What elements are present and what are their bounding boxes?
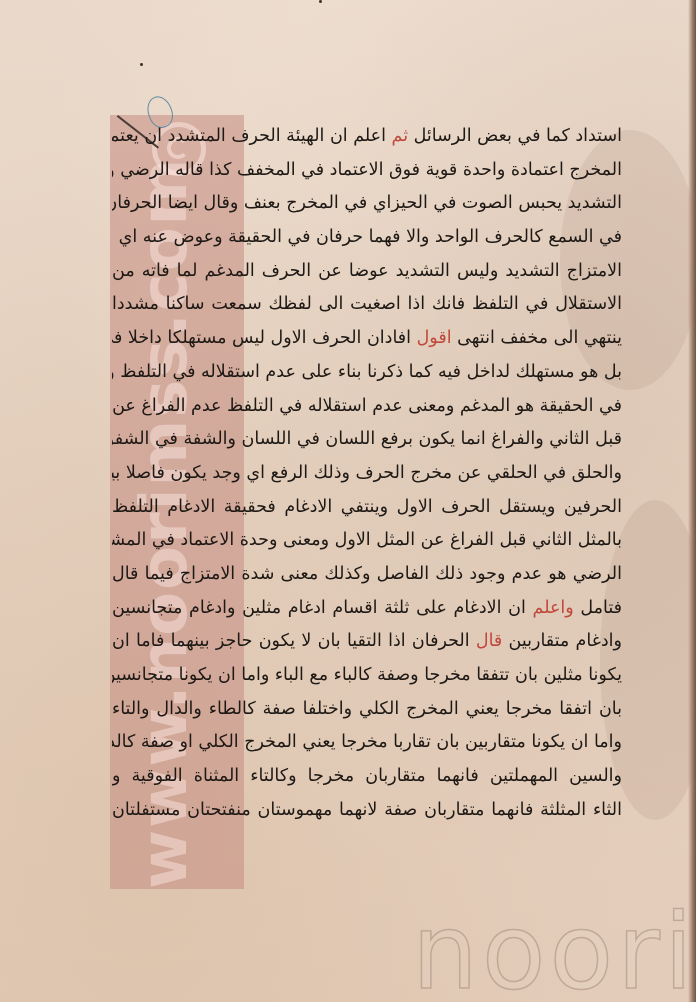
text-span: وادغام متقاربين xyxy=(502,631,622,651)
rubric-word: قال xyxy=(476,631,502,651)
text-line: الرضي هو عدم وجود ذلك الفاصل وكذلك معنى … xyxy=(112,558,622,592)
manuscript-text: استداد كما في بعض الرسائل ثم اعلم ان اله… xyxy=(112,120,622,827)
text-line: بل هو مستهلك لداخل فيه كما ذكرنا بناء عل… xyxy=(112,356,622,390)
text-line: واما ان يكونا متقاربين بان تقاربا مخرجا … xyxy=(112,726,622,760)
text-line: في الحقيقة هو المدغم ومعنى عدم استقلاله … xyxy=(112,390,622,424)
text-span: واما ان يكونا متقاربين بان تقاربا مخرجا … xyxy=(112,732,622,752)
text-span: اعلم ان الهيئة الحرف المتشدد ان يعتمد به… xyxy=(112,126,392,146)
text-span: التشديد يحبس الصوت في الحيزاي في المخرج … xyxy=(112,193,622,213)
watermark-bottom-text: noorim xyxy=(412,902,696,1002)
text-span: الحرفان اذا التقيا بان لا يكون حاجز بينه… xyxy=(112,631,476,651)
text-span: الاستقلال في التلفظ فانك اذا اصغيت الى ل… xyxy=(112,294,622,314)
text-line: الاستقلال في التلفظ فانك اذا اصغيت الى ل… xyxy=(112,288,622,322)
text-span: والحلق في الحلقي عن مخرج الحرف وذلك الرف… xyxy=(112,463,622,483)
page-edge xyxy=(688,0,696,1002)
rubric-word: اقول xyxy=(417,328,452,348)
text-span: قبل الثاني والفراغ انما يكون برفع اللسان… xyxy=(112,429,622,449)
text-span: ان الادغام على ثلثة اقسام ادغام مثلين وا… xyxy=(112,598,533,618)
text-span: الحرفين ويستقل الحرف الاول وينتفي الادغا… xyxy=(112,497,622,517)
text-span: افادان الحرف الاول ليس مستهلكا داخلا في … xyxy=(112,328,417,348)
text-line: في السمع كالحرف الواحد والا فهما حرفان ف… xyxy=(112,221,622,255)
text-line: الحرفين ويستقل الحرف الاول وينتفي الادغا… xyxy=(112,491,622,525)
text-span: بالمثل الثاني قبل الفراغ عن المثل الاول … xyxy=(112,530,622,550)
text-line: الثاء المثلثة فانهما متقاربان صفة لانهما… xyxy=(112,794,622,828)
text-span: يكونا مثلين بان تتفقا مخرجا وصفة كالباء … xyxy=(112,665,622,685)
text-span: ينتهي الى مخفف انتهى xyxy=(452,328,622,348)
text-line: بالمثل الثاني قبل الفراغ عن المثل الاول … xyxy=(112,524,622,558)
text-line: المخرج اعتمادة واحدة قوية فوق الاعتماد ف… xyxy=(112,154,622,188)
rubric-word: واعلم xyxy=(533,598,574,618)
ink-dot xyxy=(140,63,143,66)
text-span: فتامل xyxy=(574,598,622,618)
ink-dot xyxy=(319,0,322,3)
text-line: يكونا مثلين بان تتفقا مخرجا وصفة كالباء … xyxy=(112,659,622,693)
text-line: وادغام متقاربين قال الحرفان اذا التقيا ب… xyxy=(112,625,622,659)
manuscript-page: www.noorimss.com استداد كما في بعض الرسا… xyxy=(0,0,696,1002)
text-line: ينتهي الى مخفف انتهى اقول افادان الحرف ا… xyxy=(112,322,622,356)
text-span: الامتزاج التشديد وليس التشديد عوضا عن ال… xyxy=(112,261,622,281)
text-line: بان اتفقا مخرجا يعني المخرج الكلي واختلف… xyxy=(112,693,622,727)
text-line: التشديد يحبس الصوت في الحيزاي في المخرج … xyxy=(112,187,622,221)
text-line: الامتزاج التشديد وليس التشديد عوضا عن ال… xyxy=(112,255,622,289)
text-line: والسين المهملتين فانهما متقاربان مخرجا و… xyxy=(112,760,622,794)
text-span: الرضي هو عدم وجود ذلك الفاصل وكذلك معنى … xyxy=(112,564,622,584)
text-span: المخرج اعتمادة واحدة قوية فوق الاعتماد ف… xyxy=(112,160,622,180)
text-span: والسين المهملتين فانهما متقاربان مخرجا و… xyxy=(112,766,622,786)
text-span: بان اتفقا مخرجا يعني المخرج الكلي واختلف… xyxy=(112,699,622,719)
text-line: والحلق في الحلقي عن مخرج الحرف وذلك الرف… xyxy=(112,457,622,491)
text-span: في السمع كالحرف الواحد والا فهما حرفان ف… xyxy=(112,227,622,247)
text-line: فتامل واعلم ان الادغام على ثلثة اقسام اد… xyxy=(112,592,622,626)
text-line: قبل الثاني والفراغ انما يكون برفع اللسان… xyxy=(112,423,622,457)
text-span: بل هو مستهلك لداخل فيه كما ذكرنا بناء عل… xyxy=(112,362,622,382)
text-span: الثاء المثلثة فانهما متقاربان صفة لانهما… xyxy=(112,800,622,820)
text-span: استداد كما في بعض الرسائل xyxy=(408,126,622,146)
text-line: استداد كما في بعض الرسائل ثم اعلم ان اله… xyxy=(112,120,622,154)
text-span: في الحقيقة هو المدغم ومعنى عدم استقلاله … xyxy=(112,396,622,416)
rubric-word: ثم xyxy=(392,126,409,146)
